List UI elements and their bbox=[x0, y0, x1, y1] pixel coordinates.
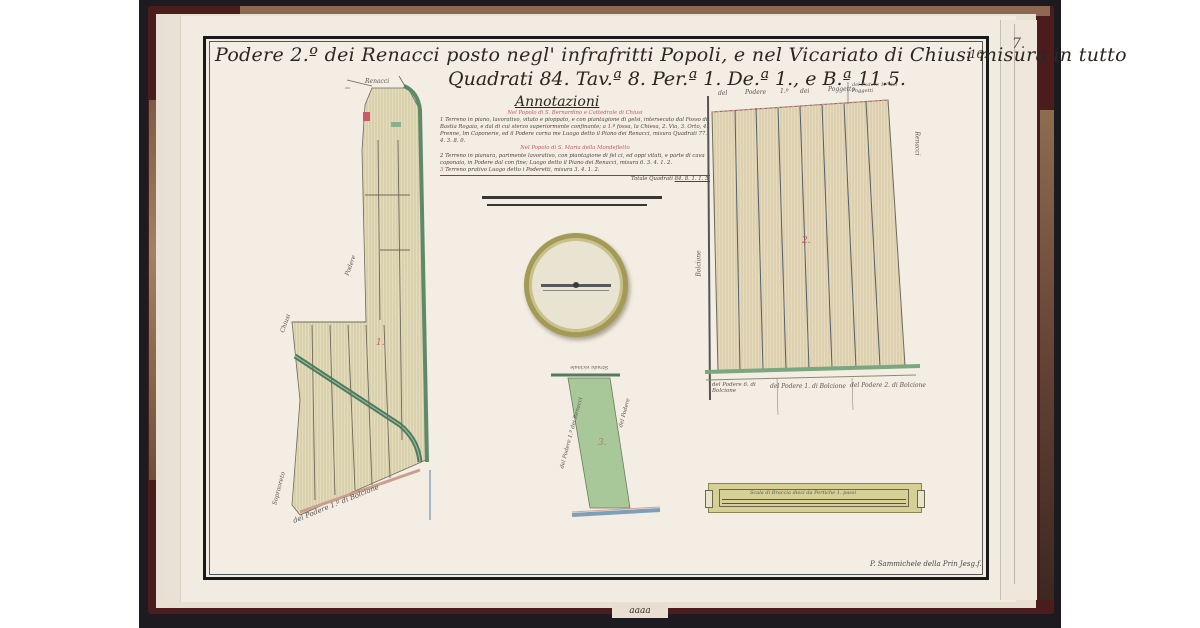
label-top-right-num: 1.º bbox=[780, 88, 789, 95]
label-top-right-poggetti: del Podere 1.º dei Poggetti bbox=[852, 82, 912, 94]
parcel-1-number: 1. bbox=[376, 338, 385, 348]
label-bottom-right-1: del Podere 6. di Bolcione bbox=[712, 382, 772, 394]
label-top-right-podere: Podere bbox=[745, 89, 766, 96]
scale-bar-end-left bbox=[705, 490, 713, 508]
parcel-2-number: 2. bbox=[802, 236, 811, 246]
compass-pivot bbox=[573, 282, 579, 288]
annotation-entry-3: 3 Terreno prativo Luogo detto i Poderett… bbox=[440, 167, 710, 174]
spine-tab-label: aaaa bbox=[612, 604, 668, 618]
label-right-renacci: Renacci bbox=[914, 131, 921, 155]
annotation-total: Totale Quadrati 84. 8. 1. 1. 5. bbox=[440, 175, 710, 183]
scale-bar: Scala di Braccia dieci da Pertiche 1. pa… bbox=[708, 483, 922, 513]
surveyor-signature: P. Sammichele della Prin Jesg.f. bbox=[870, 560, 982, 568]
annotations-block: Nel Popolo di S. Bernardino e Cattedrale… bbox=[440, 110, 710, 183]
annotation-section-1-heading: Nel Popolo di S. Bernardino e Cattedrale… bbox=[440, 110, 710, 117]
parcel-2 bbox=[705, 82, 920, 415]
annotation-total-label: Totale Quadrati bbox=[631, 176, 673, 182]
parcel-1 bbox=[292, 76, 430, 520]
scale-bar-inner: Scala di Braccia dieci da Pertiche 1. pa… bbox=[719, 489, 909, 507]
annotation-section-2-heading: Nel Popolo di S. Maria della Mondefletto bbox=[440, 145, 710, 152]
compass-rose bbox=[524, 233, 628, 337]
annotation-entry-2-amount: 6. 3. 4. 1. 2. bbox=[640, 160, 672, 166]
annotation-entry-3-text: Terreno prativo Luogo detto i Poderetti,… bbox=[445, 167, 573, 173]
label-bottom-right-2: del Podere 1. di Bolcione bbox=[770, 383, 846, 390]
annotation-total-value: 84. 8. 1. 1. 5. bbox=[675, 176, 710, 182]
annotations-heading: Annotazioni bbox=[515, 94, 599, 110]
label-left-bolcione: Bolcione bbox=[696, 250, 703, 276]
parcel-3-number: 3. bbox=[598, 438, 607, 448]
scale-bar-label: Scala di Braccia dieci da Pertiche 1. pa… bbox=[750, 490, 856, 496]
annotation-entry-2: 2 Terreno in pianura, parimente lavorati… bbox=[440, 153, 710, 167]
label-bottom-right-3: del Podere 2. di Bolcione bbox=[850, 382, 926, 389]
label-strada-vicinale: Strada vicinale bbox=[570, 364, 608, 370]
scale-bar-ruler bbox=[722, 499, 906, 504]
annotation-entry-1-num: 1 bbox=[440, 117, 443, 123]
annotation-entry-2-num: 2 bbox=[440, 153, 443, 159]
annotation-entry-1-text: Terreno in piano, lavorativo, vitato e p… bbox=[440, 117, 708, 137]
annotation-rule-1 bbox=[482, 196, 662, 199]
label-renacci-top: Renacci bbox=[365, 78, 389, 85]
annotation-entry-3-num: 3 bbox=[440, 167, 443, 173]
label-top-right-del: del bbox=[718, 90, 727, 97]
annotation-entry-3-amount: 3. 4. 1. 2. bbox=[574, 167, 599, 173]
label-top-right-dei: dei bbox=[800, 88, 809, 95]
annotation-rule-2 bbox=[487, 204, 647, 206]
annotation-entry-1: 1 Terreno in piano, lavorativo, vitato e… bbox=[440, 117, 710, 145]
compass-needle-shadow bbox=[543, 290, 609, 291]
scale-bar-end-right bbox=[917, 490, 925, 508]
